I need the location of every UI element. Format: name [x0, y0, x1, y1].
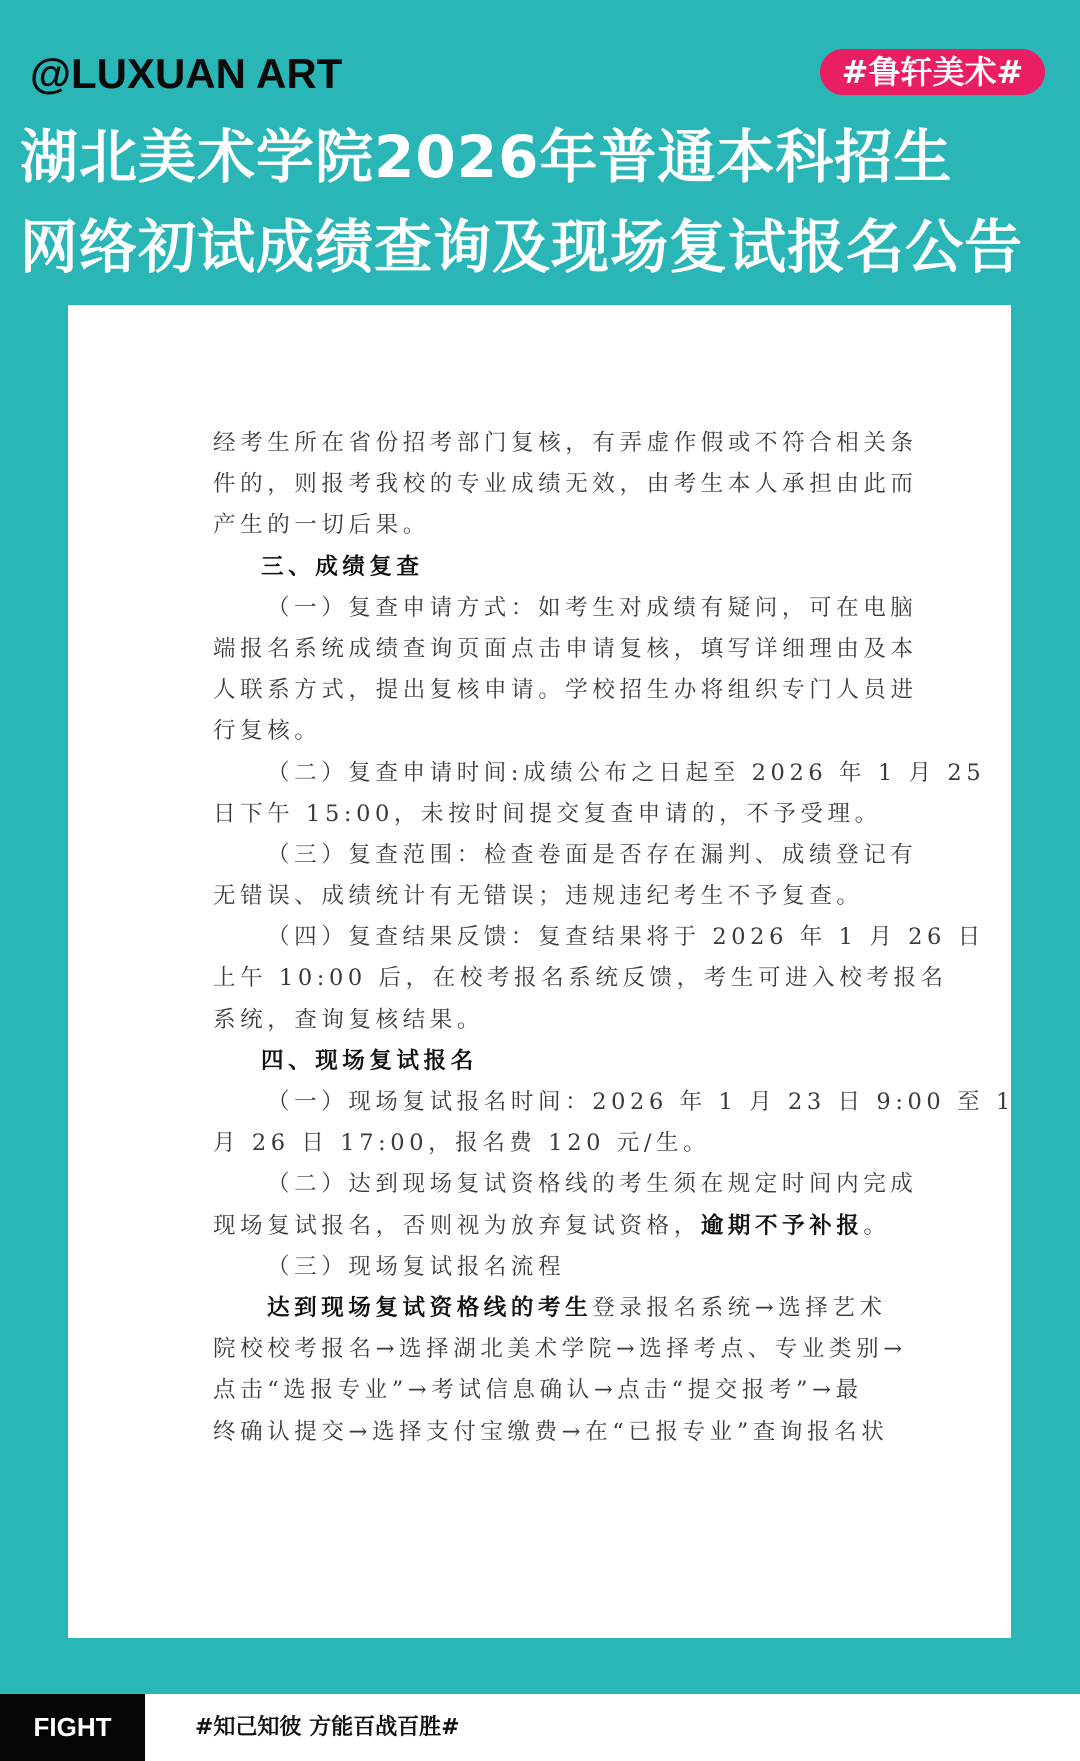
document-body: 经考生所在省份招考部门复核，有弄虚作假或不符合相关条 件的，则报考我校的专业成绩…: [213, 423, 873, 1453]
text-segment: 现场复试报名，否则视为放弃复试资格，: [213, 1213, 701, 1239]
paragraph-line: 无错误、成绩统计有无错误；违规违纪考生不予复查。: [213, 876, 873, 917]
paragraph-line: （三）现场复试报名流程: [213, 1247, 873, 1288]
paragraph-line: （三）复查范围：检查卷面是否存在漏判、成绩登记有: [213, 835, 873, 876]
title-line-2: 网络初试成绩查询及现场复试报名公告: [20, 202, 1080, 292]
paragraph-line: （二）达到现场复试资格线的考生须在规定时间内完成: [213, 1164, 873, 1205]
paragraph-line: 系统，查询复核结果。: [213, 1000, 873, 1041]
paragraph-line: 件的，则报考我校的专业成绩无效，由考生本人承担由此而: [213, 464, 873, 505]
section-heading-4: 四、现场复试报名: [213, 1041, 873, 1082]
paragraph-line: 点击“选报专业”→考试信息确认→点击“提交报考”→最: [213, 1370, 873, 1411]
paragraph-line: 经考生所在省份招考部门复核，有弄虚作假或不符合相关条: [213, 423, 873, 464]
paragraph-line: 产生的一切后果。: [213, 505, 873, 546]
footer-bar: FIGHT #知己知彼 方能百战百胜#: [0, 1694, 1080, 1761]
paragraph-line: 端报名系统成绩查询页面点击申请复核，填写详细理由及本: [213, 629, 873, 670]
paragraph-line: 人联系方式，提出复核申请。学校招生办将组织专门人员进: [213, 670, 873, 711]
page-title: 湖北美术学院2026年普通本科招生 网络初试成绩查询及现场复试报名公告: [20, 112, 1080, 292]
paragraph-line: 行复核。: [213, 711, 873, 752]
brand-handle: @LUXUAN ART: [30, 46, 342, 102]
paragraph-line: 现场复试报名，否则视为放弃复试资格，逾期不予补报。: [213, 1206, 873, 1247]
paragraph-line: 日下午 15:00，未按时间提交复查申请的，不予受理。: [213, 794, 873, 835]
paragraph-line: （一）现场复试报名时间：2026 年 1 月 23 日 9:00 至 1: [213, 1082, 873, 1123]
fight-tag: FIGHT: [0, 1694, 145, 1761]
paragraph-line: 院校校考报名→选择湖北美术学院→选择考点、专业类别→: [213, 1329, 873, 1370]
paragraph-line: （四）复查结果反馈：复查结果将于 2026 年 1 月 26 日: [213, 917, 873, 958]
paragraph-line: 达到现场复试资格线的考生登录报名系统→选择艺术: [213, 1288, 873, 1329]
paragraph-line: （一）复查申请方式：如考生对成绩有疑问，可在电脑: [213, 588, 873, 629]
bold-emphasis: 达到现场复试资格线的考生: [267, 1295, 592, 1321]
bold-emphasis: 逾期不予补报: [701, 1213, 864, 1239]
paragraph-line: 终确认提交→选择支付宝缴费→在“已报专业”查询报名状: [213, 1412, 873, 1453]
paragraph-line: 月 26 日 17:00，报名费 120 元/生。: [213, 1123, 873, 1164]
text-segment: 登录报名系统→选择艺术: [592, 1295, 886, 1321]
title-line-1: 湖北美术学院2026年普通本科招生: [20, 112, 1080, 202]
section-heading-3: 三、成绩复查: [213, 547, 873, 588]
text-segment: 。: [863, 1213, 890, 1239]
paragraph-line: 上午 10:00 后，在校考报名系统反馈，考生可进入校考报名: [213, 958, 873, 999]
hashtag-badge: #鲁轩美术#: [820, 49, 1045, 95]
slogan: #知己知彼 方能百战百胜#: [195, 1694, 460, 1761]
document-card: 经考生所在省份招考部门复核，有弄虚作假或不符合相关条 件的，则报考我校的专业成绩…: [68, 305, 1011, 1638]
paragraph-line: （二）复查申请时间:成绩公布之日起至 2026 年 1 月 25: [213, 753, 873, 794]
